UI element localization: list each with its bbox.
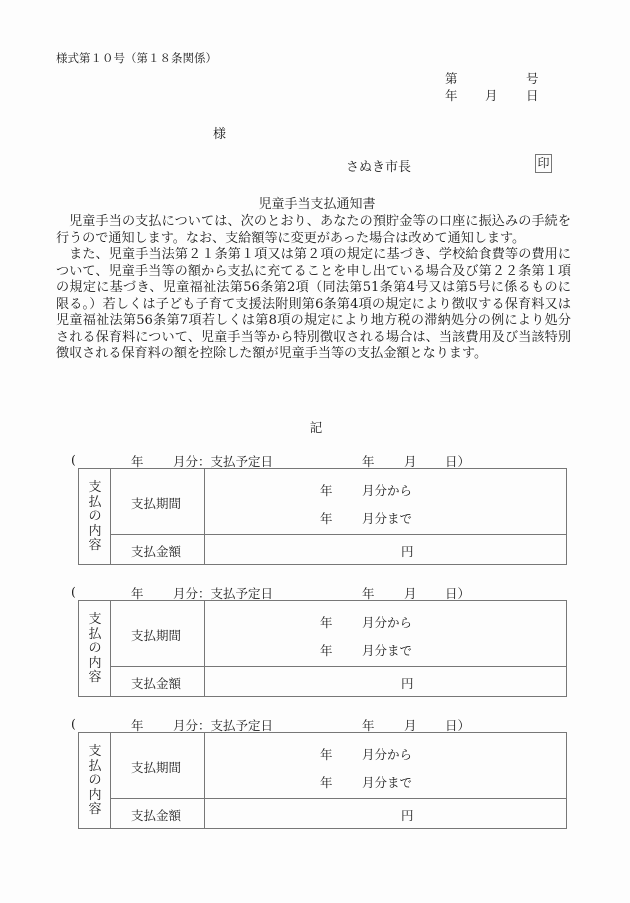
payment-header: ( 年 月分：支払予定日 年 月 日） <box>0 452 630 468</box>
paren-open: ( <box>71 716 76 731</box>
period-from-month: 月分から <box>362 481 412 499</box>
divider <box>204 733 205 828</box>
period-from-year: 年 <box>320 613 333 631</box>
date-year: 年 <box>445 86 458 104</box>
divider <box>110 666 566 667</box>
paren-open: ( <box>71 584 76 599</box>
body-text: 児童手当の支払については、次のとおり、あなたの預貯金等の口座に振込みの手続を行う… <box>56 214 571 363</box>
divider <box>110 469 111 564</box>
amount-label: 支払金額 <box>131 806 181 824</box>
issuer-name: さぬき市長 <box>346 156 411 175</box>
payment-block: ( 年 月分：支払予定日 年 月 日） 支払の内容 支払期間 年 月分から 年 … <box>0 716 630 841</box>
divider <box>110 798 566 799</box>
divider <box>110 534 566 535</box>
payment-table: 支払の内容 支払期間 年 月分から 年 月分まで 支払金額 円 <box>78 468 567 565</box>
period-to-month: 月分まで <box>362 509 412 527</box>
period-to-month: 月分まで <box>362 773 412 791</box>
amount-label: 支払金額 <box>131 674 181 692</box>
date-month: 月 <box>485 86 498 104</box>
period-label: 支払期間 <box>131 758 181 776</box>
period-from-year: 年 <box>320 745 333 763</box>
number-prefix: 第 <box>445 69 458 87</box>
period-from-month: 月分から <box>362 745 412 763</box>
body-paragraph: 児童手当の支払については、次のとおり、あなたの預貯金等の口座に振込みの手続を行う… <box>56 214 571 247</box>
seal-stamp-box: 印 <box>535 154 552 173</box>
divider <box>110 601 111 696</box>
ki-heading: 記 <box>0 418 630 436</box>
period-from-month: 月分から <box>362 613 412 631</box>
addressee-suffix: 様 <box>213 123 226 142</box>
divider <box>204 601 205 696</box>
period-to-year: 年 <box>320 641 333 659</box>
divider <box>204 469 205 564</box>
payment-table: 支払の内容 支払期間 年 月分から 年 月分まで 支払金額 円 <box>78 732 567 829</box>
period-from-year: 年 <box>320 481 333 499</box>
period-label: 支払期間 <box>131 626 181 644</box>
payment-block: ( 年 月分：支払予定日 年 月 日） 支払の内容 支払期間 年 月分から 年 … <box>0 452 630 577</box>
amount-unit: 円 <box>401 674 414 692</box>
divider <box>110 733 111 828</box>
payment-header: ( 年 月分：支払予定日 年 月 日） <box>0 584 630 600</box>
period-to-month: 月分まで <box>362 641 412 659</box>
number-suffix: 号 <box>526 69 539 87</box>
amount-unit: 円 <box>401 542 414 560</box>
payment-block: ( 年 月分：支払予定日 年 月 日） 支払の内容 支払期間 年 月分から 年 … <box>0 584 630 709</box>
side-label: 支払の内容 <box>88 481 102 554</box>
amount-unit: 円 <box>401 806 414 824</box>
period-to-year: 年 <box>320 509 333 527</box>
side-label: 支払の内容 <box>88 613 102 686</box>
payment-table: 支払の内容 支払期間 年 月分から 年 月分まで 支払金額 円 <box>78 600 567 697</box>
payment-header: ( 年 月分：支払予定日 年 月 日） <box>0 716 630 732</box>
date-day: 日 <box>526 86 539 104</box>
paren-open: ( <box>71 452 76 467</box>
amount-label: 支払金額 <box>131 542 181 560</box>
period-to-year: 年 <box>320 773 333 791</box>
body-paragraph: また、児童手当法第２１条第１項又は第２項の規定に基づき、学校給食費等の費用につい… <box>56 247 571 363</box>
document-title: 児童手当支払通知書 <box>0 193 630 212</box>
form-id: 様式第１０号（第１８条関係） <box>56 50 217 66</box>
side-label: 支払の内容 <box>88 745 102 818</box>
period-label: 支払期間 <box>131 494 181 512</box>
